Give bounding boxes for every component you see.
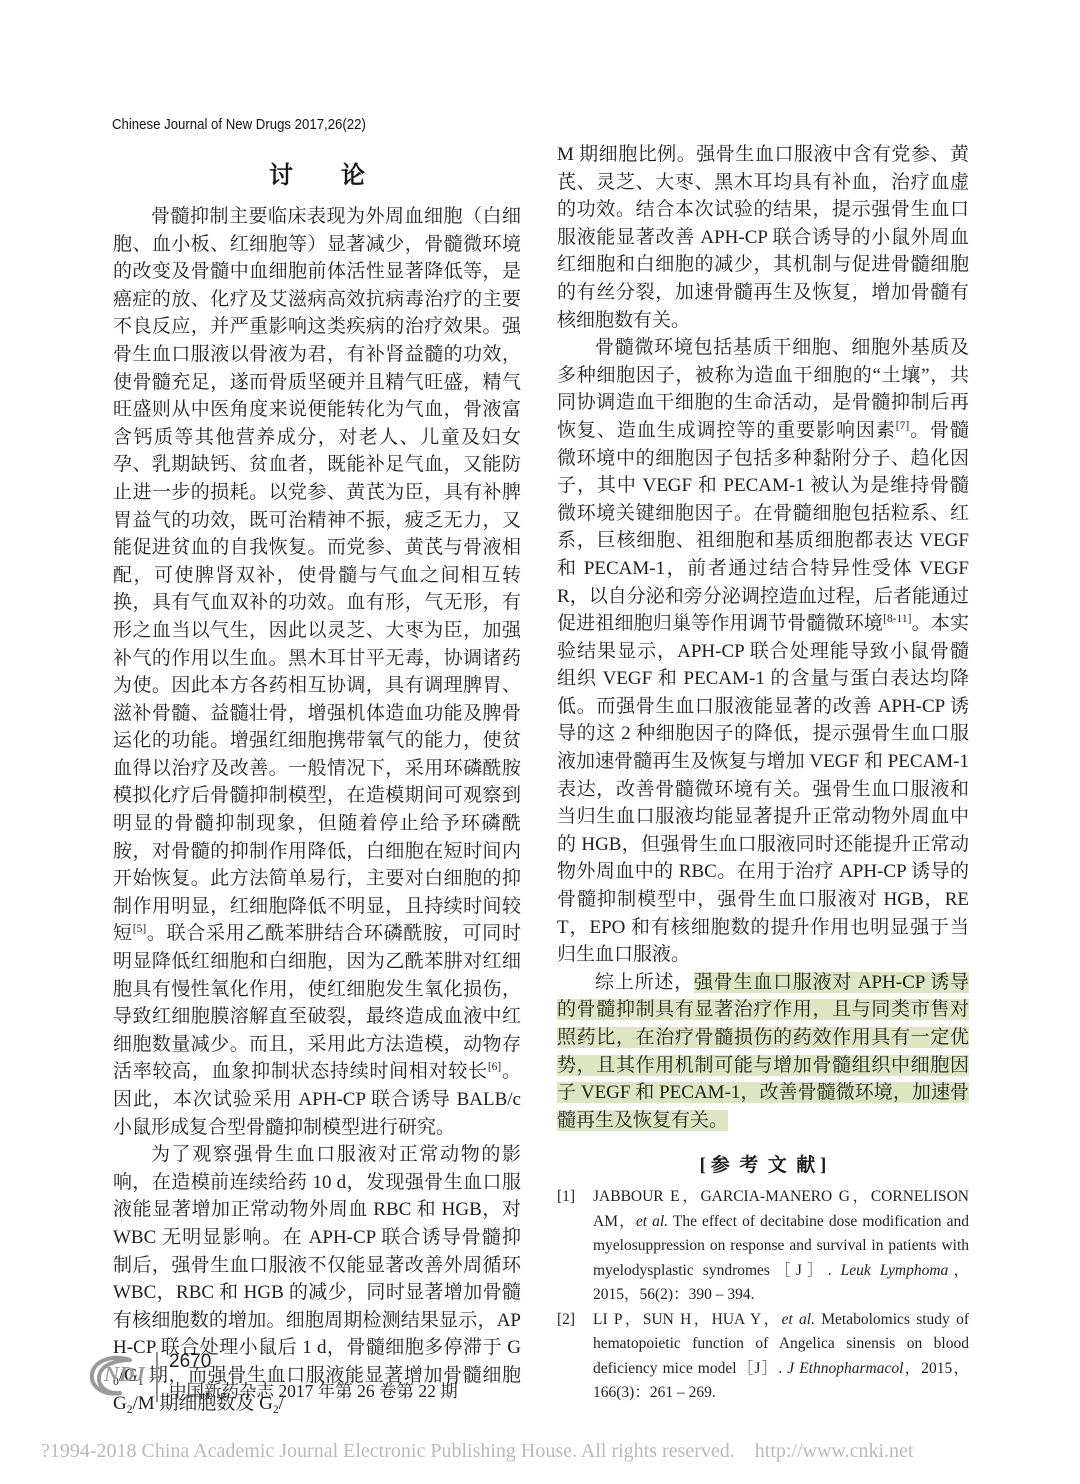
journal-header: Chinese Journal of New Drugs 2017,26(22) xyxy=(112,116,366,133)
citation-superscript: [6] xyxy=(488,1061,501,1073)
reference-journal-name: J Ethnopharmacol xyxy=(787,1360,903,1377)
reference-item: [2] LI P，SUN H，HUA Y，et al. Metabolomics… xyxy=(557,1308,969,1406)
text-segment: M 期细胞比例。强骨生血口服液中含有党参、黄芪、灵芝、大枣、黑木耳均具有补血，治… xyxy=(557,144,969,331)
reference-authors: LI P，SUN H，HUA Y， xyxy=(593,1311,782,1328)
page-footer: NDJ 2670 中国新药杂志 2017 年第 26 卷第 22 期 xyxy=(86,1350,458,1404)
citation-superscript: [5] xyxy=(133,923,146,935)
watermark-gap xyxy=(735,1440,755,1462)
discussion-paragraph-1: 骨髓抑制主要临床表现为外周血细胞（白细胞、血小板、红细胞等）显著减少，骨髓微环境… xyxy=(113,203,521,1141)
discussion-paragraph-3: M 期细胞比例。强骨生血口服液中含有党参、黄芪、灵芝、大枣、黑木耳均具有补血，治… xyxy=(557,141,969,334)
reference-text: LI P，SUN H，HUA Y，et al. Metabolomics stu… xyxy=(593,1308,969,1406)
journal-name-cn: 中国新药杂志 2017 年第 26 卷第 22 期 xyxy=(169,1378,458,1403)
reference-number: [1] xyxy=(557,1185,593,1308)
text-segment: 骨髓抑制主要临床表现为外周血细胞（白细胞、血小板、红细胞等）显著减少，骨髓微环境… xyxy=(113,206,521,944)
highlighted-conclusion-text: 强骨生血口服液对 APH-CP 诱导的骨髓抑制具有显著治疗作用，且与同类市售对照… xyxy=(557,972,969,1131)
citation-superscript: [7] xyxy=(896,420,909,432)
footer-text-block: 2670 中国新药杂志 2017 年第 26 卷第 22 期 xyxy=(169,1352,458,1403)
reference-text: JABBOUR E，GARCIA-MANERO G，CORNELISON AM，… xyxy=(593,1185,969,1308)
reference-etal: et al. xyxy=(636,1213,668,1230)
paper-page: Chinese Journal of New Drugs 2017,26(22)… xyxy=(0,0,1080,1484)
text-segment: 综上所述， xyxy=(595,972,694,993)
page-number: 2670 xyxy=(169,1352,458,1372)
reference-item: [1] JABBOUR E，GARCIA-MANERO G，CORNELISON… xyxy=(557,1185,969,1308)
journal-logo-icon: NDJ xyxy=(86,1350,152,1404)
text-segment: 。本实验结果显示，APH-CP 联合处理能导致小鼠骨髓组织 VEGF 和 PEC… xyxy=(557,613,969,965)
logo-letters: NDJ xyxy=(103,1362,146,1386)
reference-etal: et al. xyxy=(782,1311,815,1328)
section-title-discussion: 讨 论 xyxy=(113,155,521,190)
citation-superscript: [8-11] xyxy=(883,613,911,625)
text-segment: 。联合采用乙酰苯肼结合环磷酰胺，可同时明显降低红细胞和白细胞，因为乙酰苯肼对红细… xyxy=(113,923,521,1082)
reference-journal-name: Leuk Lymphoma xyxy=(841,1262,949,1279)
left-column: 讨 论 骨髓抑制主要临床表现为外周血细胞（白细胞、血小板、红细胞等）显著减少，骨… xyxy=(113,155,521,1417)
text-segment: 为了观察强骨生血口服液对正常动物的影响，在造模前连续给药 10 d，发现强骨生血… xyxy=(113,1144,521,1358)
right-column: M 期细胞比例。强骨生血口服液中含有党参、黄芪、灵芝、大枣、黑木耳均具有补血，治… xyxy=(557,141,969,1406)
references-title: [ 参 考 文 献 ] xyxy=(557,1150,969,1177)
cnki-url: http://www.cnki.net xyxy=(755,1440,914,1462)
discussion-conclusion-paragraph: 综上所述，强骨生血口服液对 APH-CP 诱导的骨髓抑制具有显著治疗作用，且与同… xyxy=(557,969,969,1135)
copyright-watermark: ?1994-2018 China Academic Journal Electr… xyxy=(41,1440,1041,1463)
discussion-paragraph-4: 骨髓微环境包括基质干细胞、细胞外基质及多种细胞因子，被称为造血干细胞的“土壤”，… xyxy=(557,334,969,969)
copyright-text: ?1994-2018 China Academic Journal Electr… xyxy=(41,1440,735,1462)
footer-divider xyxy=(156,1352,158,1402)
text-segment: 。骨髓微环境中的细胞因子包括多种黏附分子、趋化因子，其中 VEGF 和 PECA… xyxy=(557,420,969,634)
reference-number: [2] xyxy=(557,1308,593,1406)
